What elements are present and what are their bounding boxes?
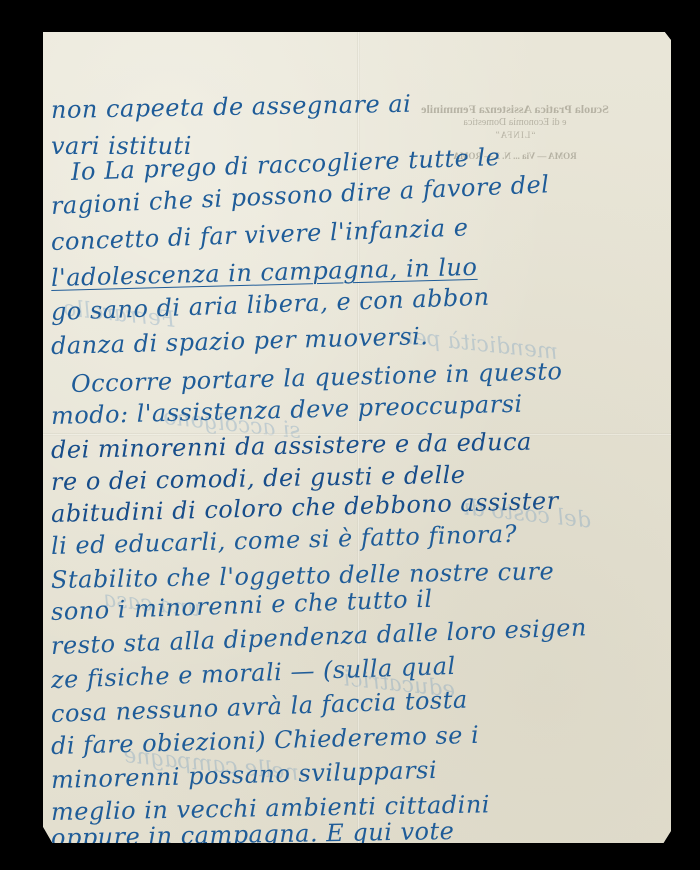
letter-page: Scuola Pratica Assistenza Femminile e di…: [43, 32, 671, 843]
text-line: danza di spazio per muoversi.: [51, 322, 429, 360]
text-line: di fare obiezioni) Chiederemo se i: [51, 721, 480, 760]
text-line: non capeeta de assegnare ai: [51, 90, 412, 124]
document-viewer: Scuola Pratica Assistenza Femminile e di…: [0, 0, 700, 870]
text-line: concetto di far vivere l'infanzia e: [51, 213, 469, 256]
handwritten-text: non capeeta de assegnare ai vari istitut…: [43, 32, 671, 843]
text-line: dei minorenni da assistere e da educa: [51, 428, 532, 464]
text-line: minorenni possano svilupparsi: [51, 756, 438, 794]
